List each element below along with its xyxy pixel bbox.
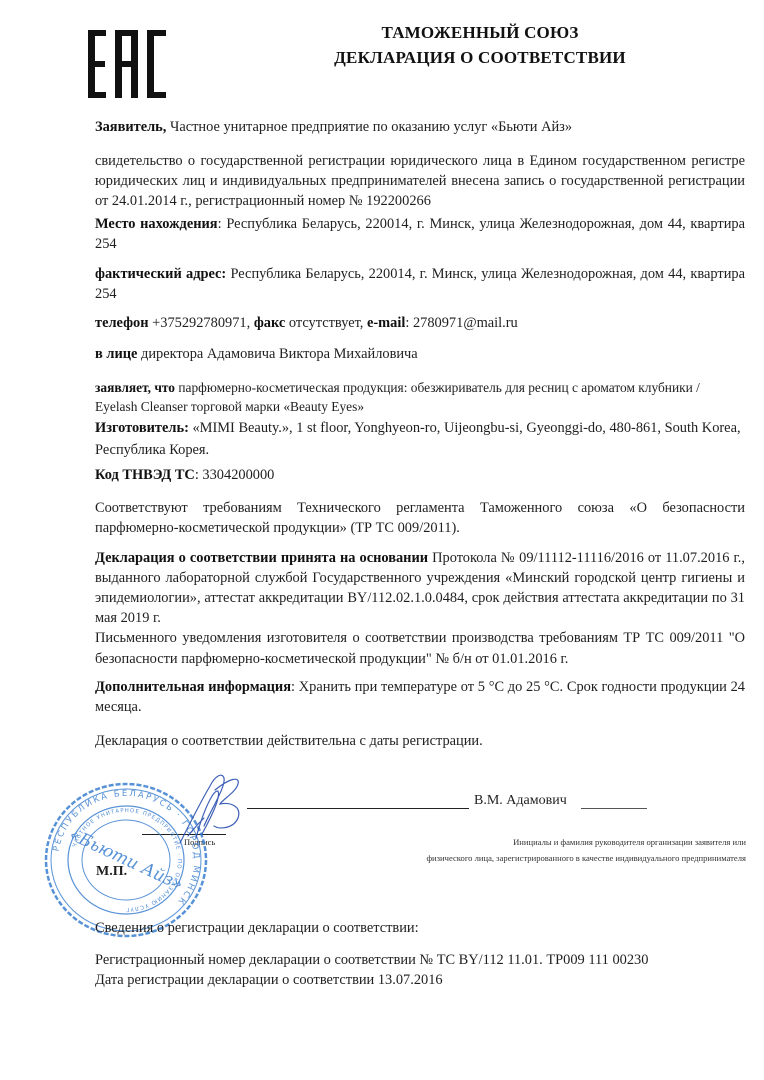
handwritten-signature	[160, 768, 250, 848]
eac-mark-icon	[88, 30, 166, 98]
contacts-paragraph: телефон +375292780971, факс отсутствует,…	[95, 313, 745, 333]
basis-label: Декларация о соответствии принята на осн…	[95, 550, 428, 566]
tnved-paragraph: Код ТНВЭД ТС: 3304200000	[95, 465, 745, 485]
initials-note-line2: физического лица, зарегистрированного в …	[400, 850, 746, 866]
phone-label: телефон	[95, 315, 149, 331]
manufacturer-paragraph: Изготовитель: «MIMI Beauty.», 1 st floor…	[95, 417, 745, 461]
manufacturer-value: «MIMI Beauty.», 1 st floor, Yonghyeon-ro…	[95, 420, 741, 458]
actual-address-paragraph: фактический адрес: Республика Беларусь, …	[95, 264, 745, 304]
tnved-value: : 3304200000	[195, 467, 275, 483]
applicant-paragraph: Заявитель, Частное унитарное предприятие…	[95, 117, 745, 137]
additional-info-label: Дополнительная информация	[95, 679, 291, 695]
declares-value: парфюмерно-косметическая продукция: обез…	[95, 380, 700, 414]
actual-address-label: фактический адрес:	[95, 266, 226, 282]
fax-label: факс	[254, 315, 285, 331]
tnved-label: Код ТНВЭД ТС	[95, 467, 195, 483]
applicant-label: Заявитель,	[95, 119, 166, 135]
initials-note-line1: Инициалы и фамилия руководителя организа…	[400, 834, 746, 850]
document-header: ТАМОЖЕННЫЙ СОЮЗ ДЕКЛАРАЦИЯ О СООТВЕТСТВИ…	[300, 20, 660, 70]
fax-value: отсутствует,	[285, 315, 367, 331]
manufacturer-label: Изготовитель:	[95, 420, 189, 436]
signature-name-line	[247, 808, 469, 809]
applicant-value: Частное унитарное предприятие по оказани…	[166, 119, 572, 135]
location-label: Место нахождения	[95, 216, 218, 232]
signature-scribble-icon	[160, 768, 250, 848]
email-label: e-mail	[367, 315, 405, 331]
email-value: : 2780971@mail.ru	[405, 315, 517, 331]
representative-label: в лице	[95, 346, 137, 362]
signatory-name: В.М. Адамович	[474, 793, 567, 809]
header-declaration-title: ДЕКЛАРАЦИЯ О СООТВЕТСТВИИ	[300, 45, 660, 70]
phone-value: +375292780971,	[149, 315, 254, 331]
manufacturer-notice-paragraph: Письменного уведомления изготовителя о с…	[95, 628, 745, 670]
date-blank-line	[581, 808, 647, 809]
basis-paragraph: Декларация о соответствии принята на осн…	[95, 548, 745, 628]
eac-logo	[88, 30, 166, 98]
seal-placeholder-label: М.П.	[96, 864, 127, 880]
validity-paragraph: Декларация о соответствии действительна …	[95, 731, 745, 751]
registration-number: Регистрационный номер декларации о соотв…	[95, 950, 745, 970]
header-union-title: ТАМОЖЕННЫЙ СОЮЗ	[300, 20, 660, 45]
location-paragraph: Место нахождения: Республика Беларусь, 2…	[95, 214, 745, 254]
additional-info-paragraph: Дополнительная информация: Хранить при т…	[95, 677, 745, 717]
declares-paragraph: заявляет, что парфюмерно-косметическая п…	[95, 378, 745, 416]
declares-label: заявляет, что	[95, 380, 175, 395]
representative-value: директора Адамовича Виктора Михайловича	[137, 346, 417, 362]
registration-title: Сведения о регистрации декларации о соот…	[95, 918, 745, 938]
conformity-paragraph: Соответствуют требованиям Технического р…	[95, 498, 745, 538]
representative-paragraph: в лице директора Адамовича Виктора Михай…	[95, 344, 745, 364]
registration-date: Дата регистрации декларации о соответств…	[95, 970, 745, 990]
registration-certificate-paragraph: свидетельство о государственной регистра…	[95, 151, 745, 211]
